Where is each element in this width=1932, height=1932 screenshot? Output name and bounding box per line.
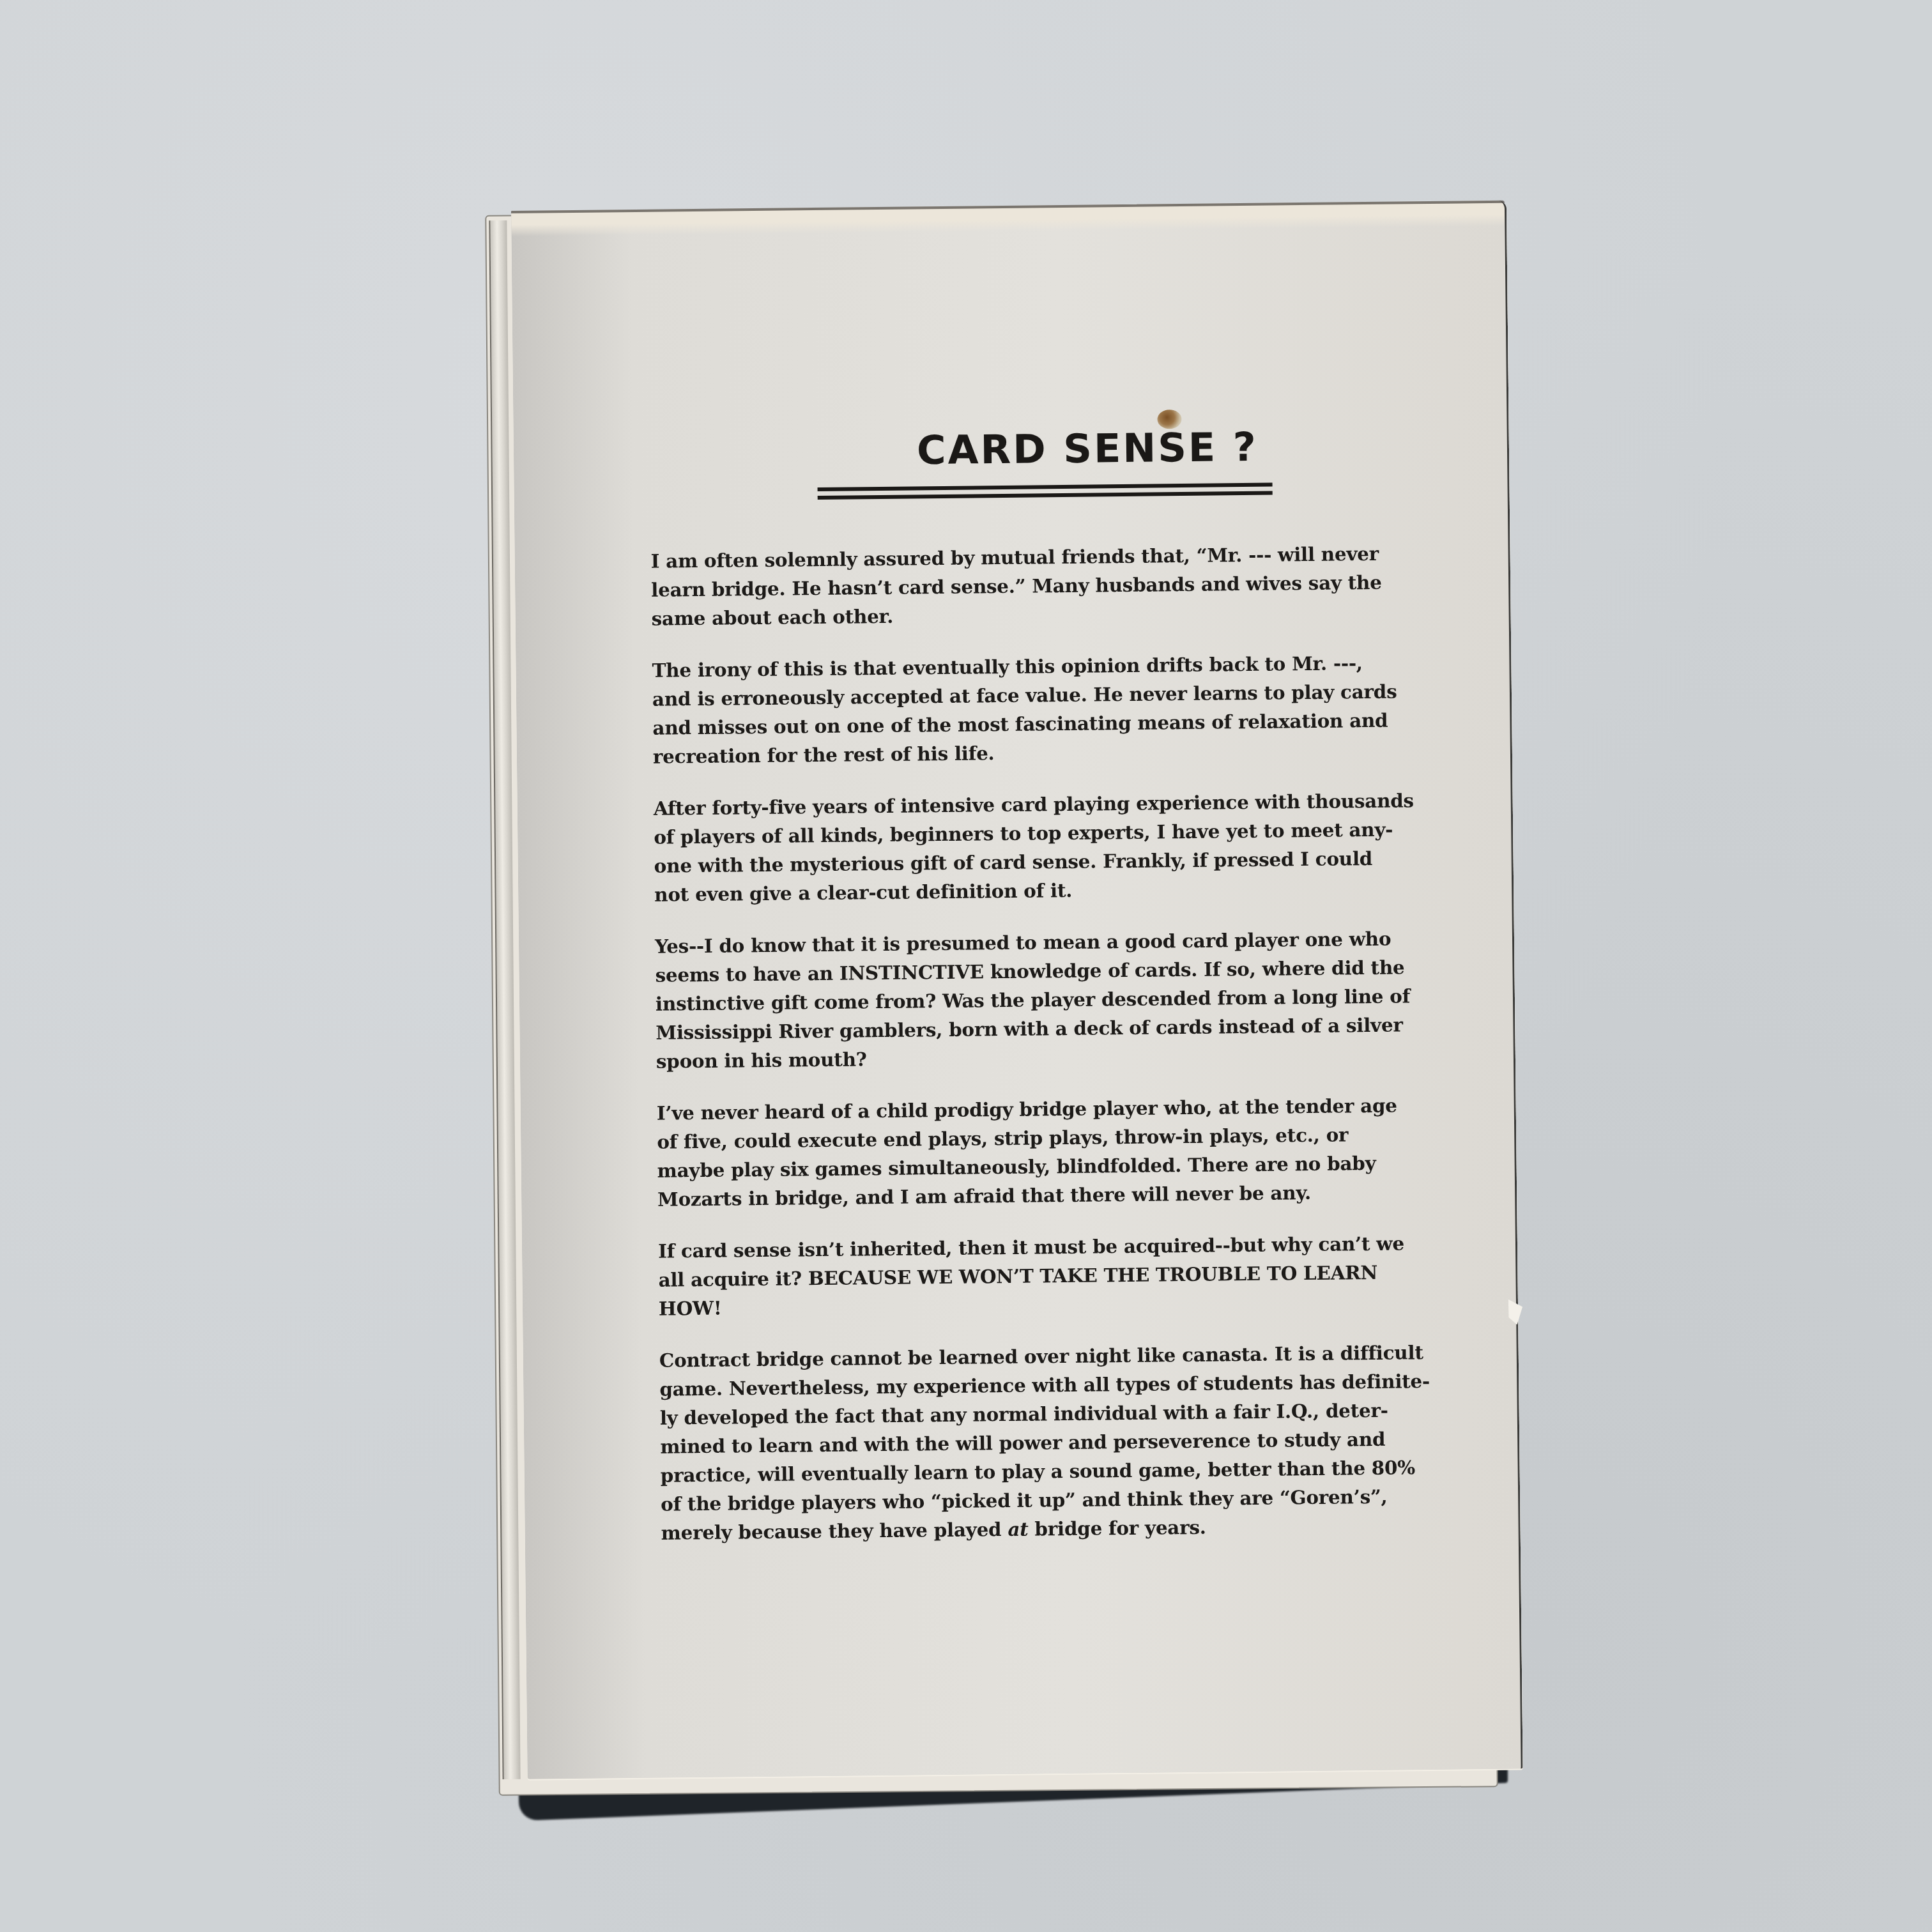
paragraph-4: Yes--I do know that it is presumed to me…: [655, 924, 1461, 1076]
booklet-page: CARD SENSE ? I am often solemnly assured…: [511, 201, 1523, 1779]
paragraph-7: Contract bridge cannot be learned over n…: [659, 1337, 1466, 1547]
body-text: I am often solemnly assured by mutual fr…: [651, 539, 1466, 1547]
paragraph-6: If card sense isn’t inherited, then it m…: [658, 1228, 1464, 1322]
title-double-rule: [818, 483, 1273, 491]
paragraph-7-text-b: bridge for years.: [1028, 1516, 1206, 1540]
page-content: CARD SENSE ? I am often solemnly assured…: [650, 422, 1467, 1570]
page-title: CARD SENSE ?: [650, 422, 1455, 477]
paragraph-5: I’ve never heard of a child prodigy brid…: [657, 1090, 1463, 1213]
page-top-edge: [511, 201, 1505, 213]
paragraph-1: I am often solemnly assured by mutual fr…: [651, 539, 1457, 633]
paragraph-3: After forty-five years of intensive card…: [654, 786, 1460, 909]
page-edge-tear: [1508, 1299, 1522, 1325]
paragraph-2: The irony of this is that eventually thi…: [652, 648, 1458, 771]
paragraph-7-italic: at: [1008, 1518, 1029, 1540]
paragraph-7-text-a: Contract bridge cannot be learned over n…: [659, 1341, 1430, 1544]
